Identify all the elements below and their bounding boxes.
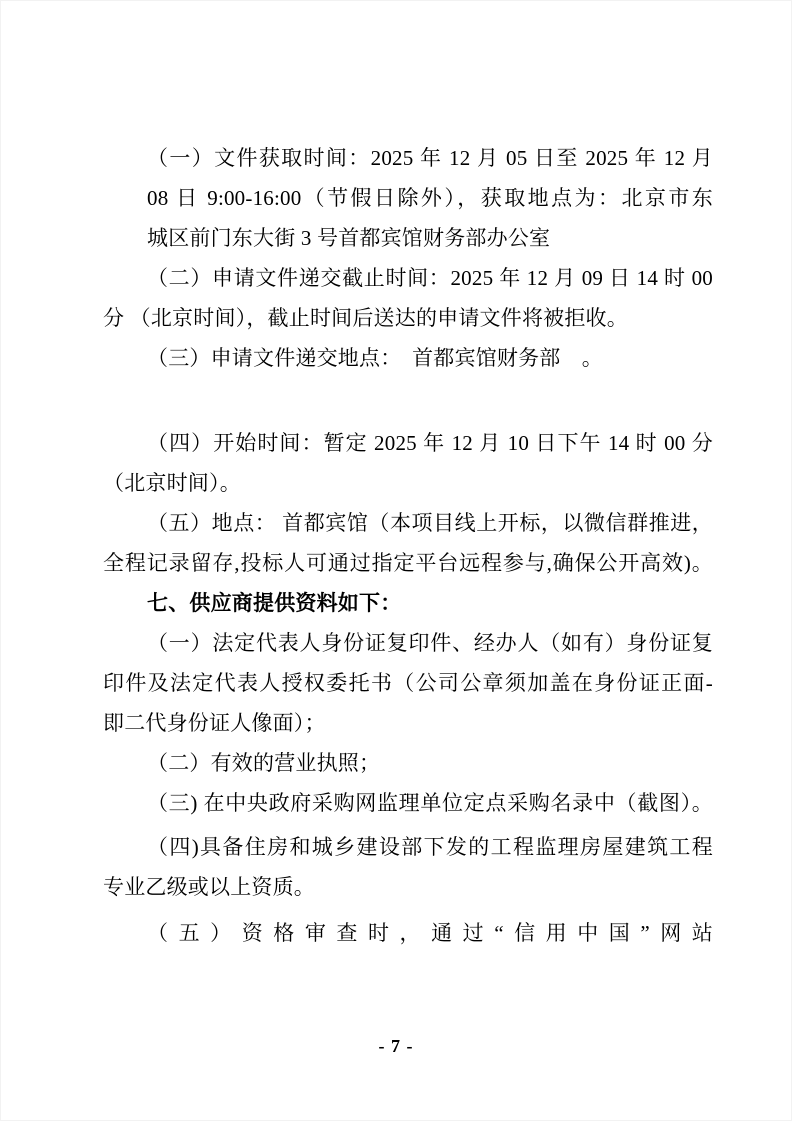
doc-line-file-obtain-time-3: 城区前门东大街 3 号首都宾馆财务部办公室	[147, 218, 713, 258]
doc-line-procurement-list: （三) 在中央政府采购网监理单位定点采购名录中（截图）。	[103, 783, 713, 823]
doc-line-location-1: （五）地点： 首都宾馆（本项目线上开标，以微信群推进，	[103, 503, 713, 543]
page-number: - 7 -	[0, 1036, 792, 1057]
doc-line-business-license: （二）有效的营业执照；	[103, 743, 713, 783]
doc-line-submit-place: （三）申请文件递交地点： 首都宾馆财务部 。	[103, 338, 713, 378]
doc-line-id-copy-3: 即二代身份证人像面）；	[103, 703, 713, 743]
doc-line-location-2: 全程记录留存,投标人可通过指定平台远程参与,确保公开高效)。	[103, 543, 713, 583]
doc-line-credit-check-2: (www.creditchina.gov.cn)、中国政府采购网(www.ccg…	[103, 953, 713, 993]
doc-line-id-copy-1: （一）法定代表人身份证复印件、经办人（如有）身份证复	[103, 623, 713, 663]
doc-line-file-obtain-time-2: 08 日 9:00-16:00（节假日除外），获取地点为：北京市东	[147, 178, 713, 218]
document-body: （一）文件获取时间：2025 年 12 月 05 日至 2025 年 12 月 …	[103, 138, 713, 993]
doc-line-id-copy-2: 印件及法定代表人授权委托书（公司公章须加盖在身份证正面-	[103, 663, 713, 703]
doc-line-qualification-2: 专业乙级或以上资质。	[103, 867, 713, 907]
doc-line-start-time-2: （北京时间）。	[103, 463, 713, 503]
doc-line-credit-check-1: （五）资格审查时，通过“信用中国”网站	[103, 913, 713, 953]
doc-line-file-obtain-time-1: （一）文件获取时间：2025 年 12 月 05 日至 2025 年 12 月	[147, 138, 713, 178]
doc-line-start-time-1: （四）开始时间：暂定 2025 年 12 月 10 日下午 14 时 00 分	[103, 423, 713, 463]
doc-line-deadline-1: （二）申请文件递交截止时间：2025 年 12 月 09 日 14 时 00	[103, 258, 713, 298]
document-page: （一）文件获取时间：2025 年 12 月 05 日至 2025 年 12 月 …	[0, 0, 792, 1121]
doc-line-deadline-2: 分 （北京时间），截止时间后送达的申请文件将被拒收。	[103, 298, 713, 338]
doc-line-qualification-1: （四)具备住房和城乡建设部下发的工程监理房屋建筑工程	[103, 827, 713, 867]
section-heading-supplier-materials: 七、供应商提供资料如下：	[103, 583, 713, 623]
